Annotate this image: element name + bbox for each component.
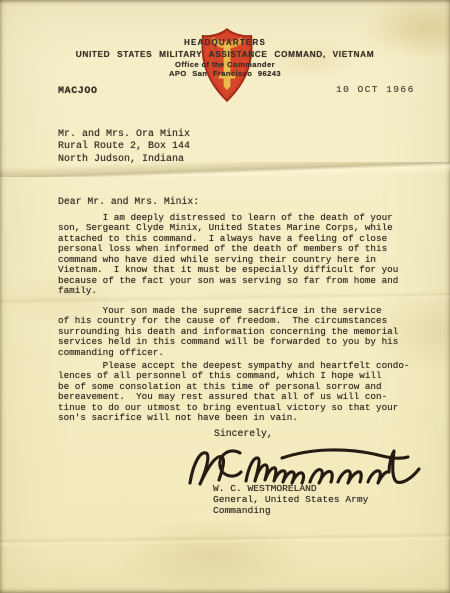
scanned-letter-page: HEADQUARTERS UNITED STATES MILITARY ASSI…	[0, 0, 450, 593]
fold-crease-bottom	[0, 529, 450, 549]
westmoreland-signature	[178, 437, 426, 495]
signature-title: General, United States Army	[213, 494, 368, 505]
letterhead-office: Office of the Commander	[0, 60, 450, 69]
date-stamp: 10 OCT 1966	[336, 84, 415, 95]
file-symbol: MACJOO	[58, 86, 98, 97]
signature-role: Commanding	[213, 505, 271, 516]
letterhead-headquarters: HEADQUARTERS	[0, 38, 450, 47]
recipient-city: North Judson, Indiana	[58, 154, 184, 165]
letterhead-apo: APO San Francisco 96243	[0, 69, 450, 78]
salutation: Dear Mr. and Mrs. Minix:	[58, 196, 199, 207]
recipient-address: Mr. and Mrs. Ora Minix Rural Route 2, Bo…	[58, 129, 190, 166]
recipient-street: Rural Route 2, Box 144	[58, 141, 190, 152]
letterhead-command: UNITED STATES MILITARY ASSISTANCE COMMAN…	[0, 49, 450, 59]
body-paragraph-1: I am deeply distressed to learn of the d…	[58, 213, 418, 297]
body-paragraph-3: Please accept the deepest sympathy and h…	[58, 361, 418, 424]
body-paragraph-2: Your son made the supreme sacrifice in t…	[58, 306, 418, 358]
recipient-name: Mr. and Mrs. Ora Minix	[58, 129, 190, 140]
